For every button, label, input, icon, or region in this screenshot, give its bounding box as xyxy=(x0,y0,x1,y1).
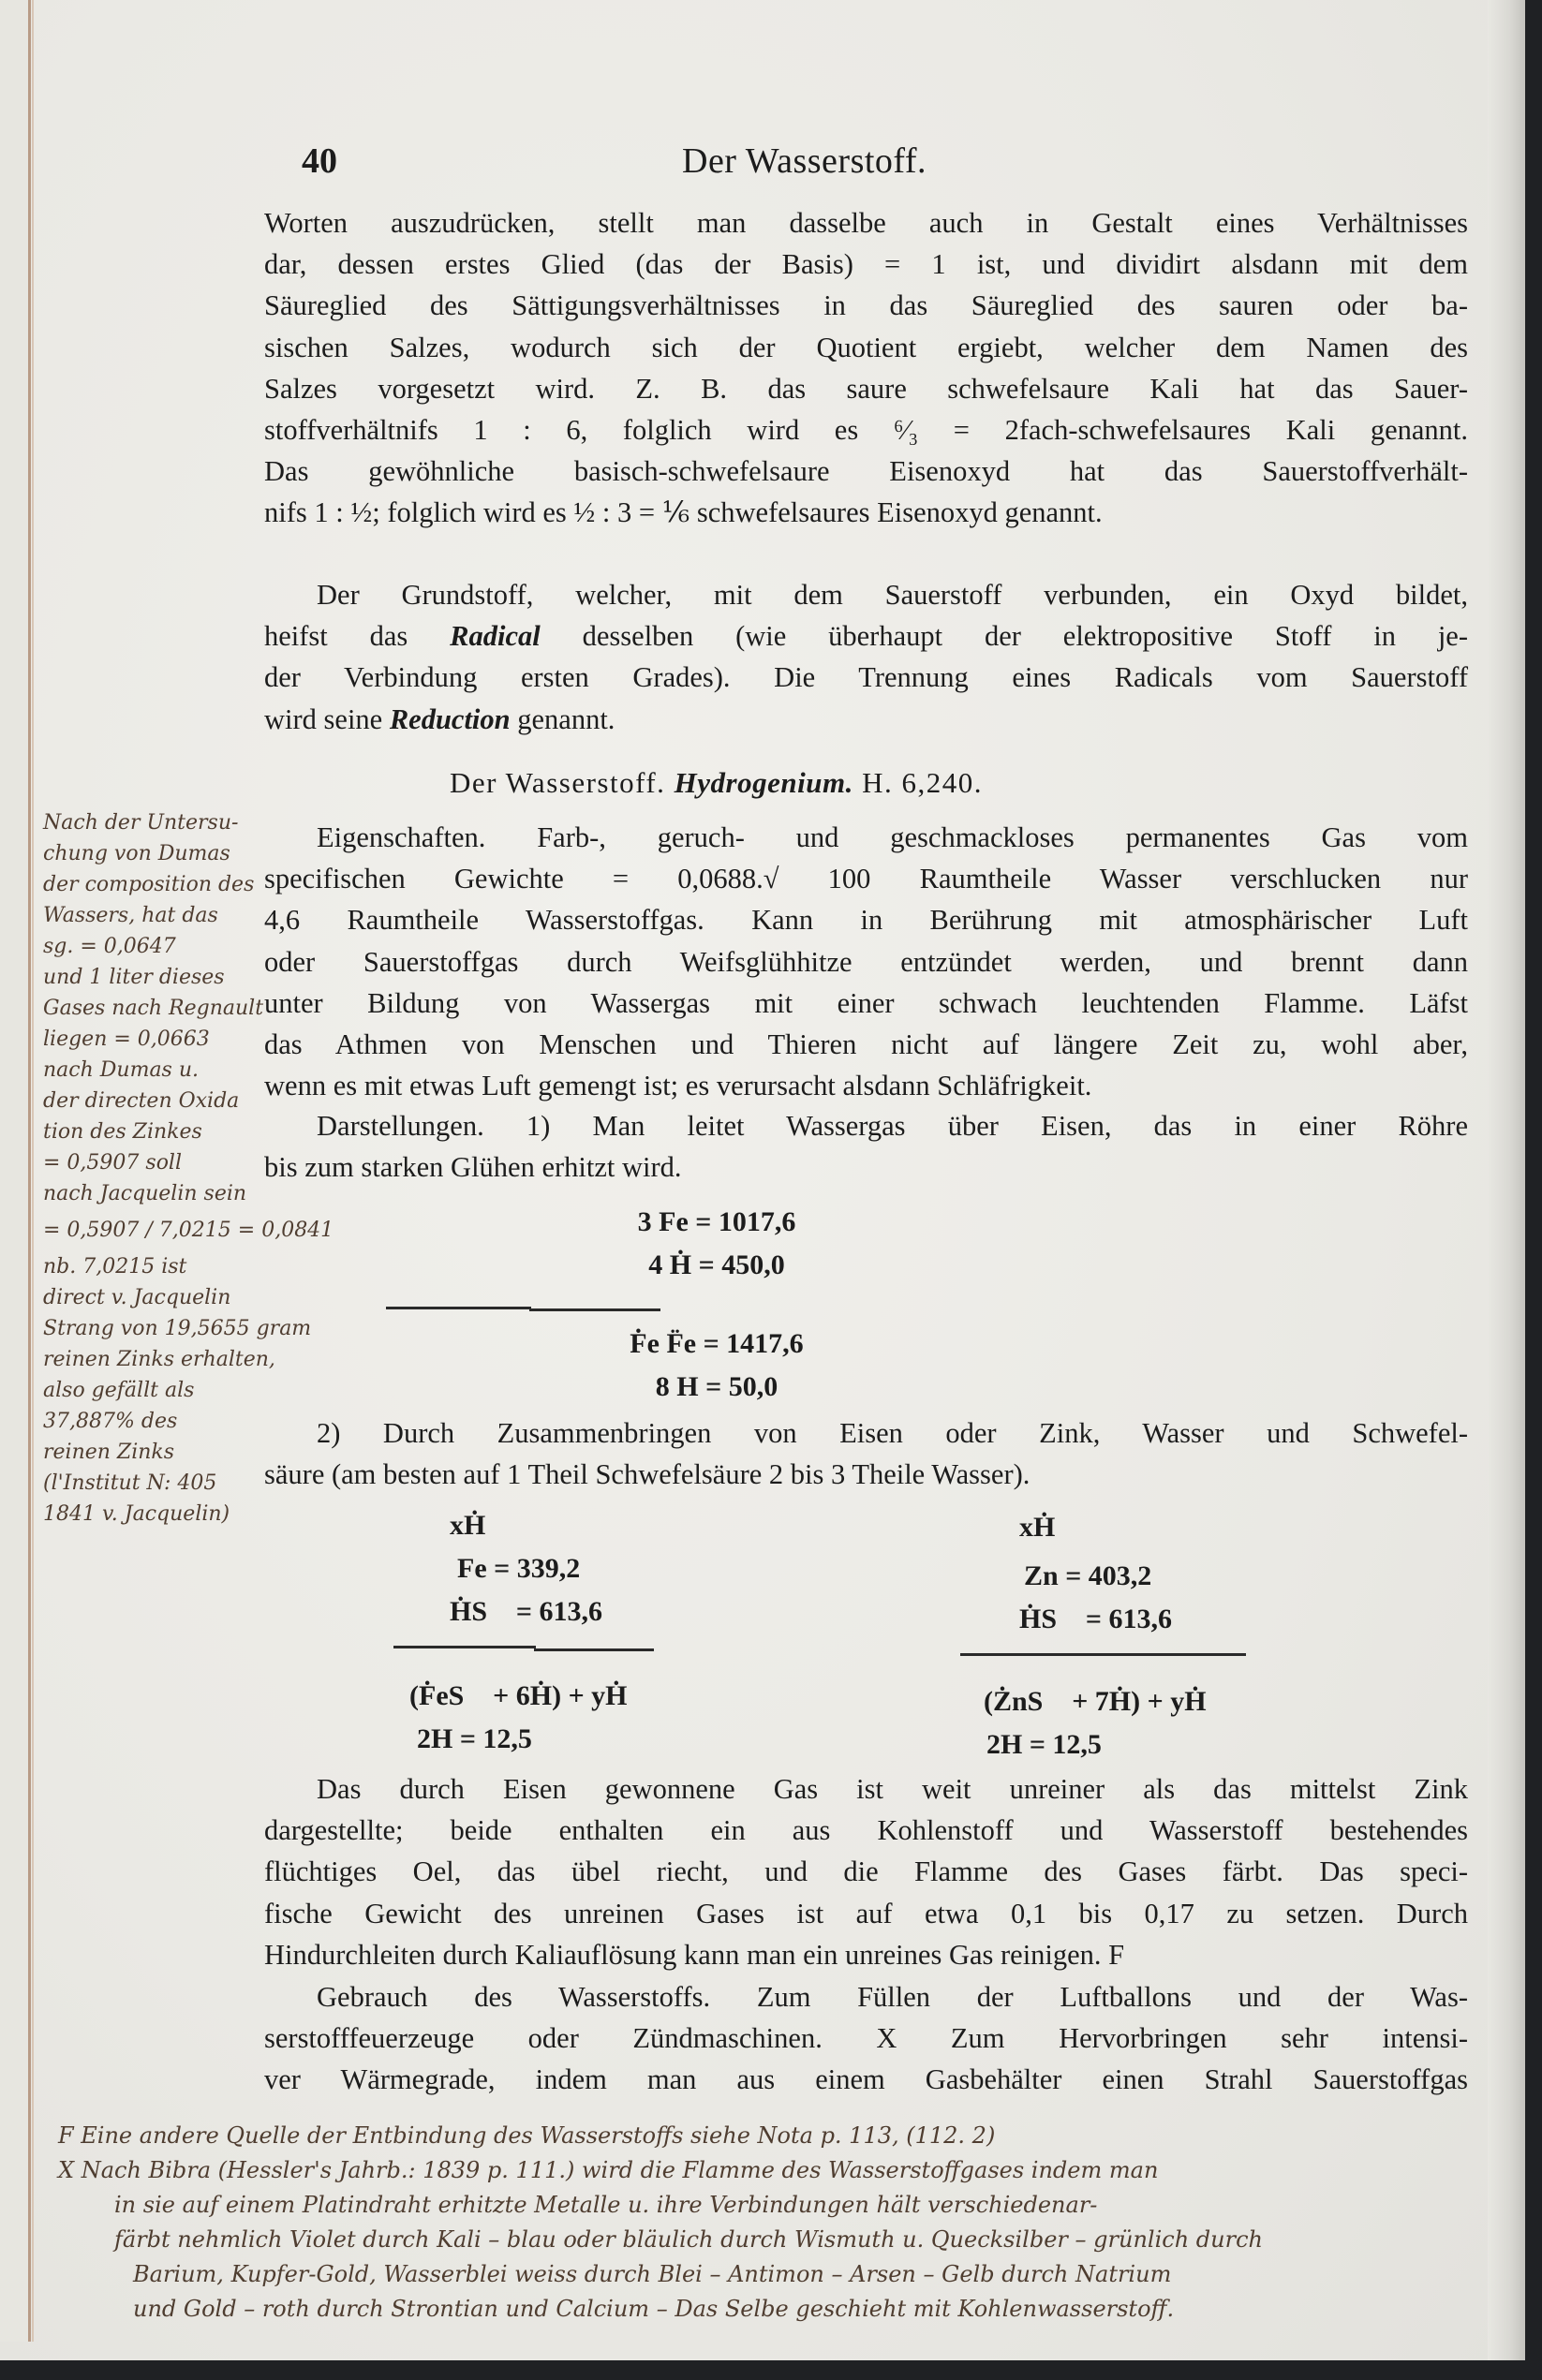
text-line: flüchtiges Oel, das übel riecht, und die… xyxy=(264,1851,1468,1892)
note-line: Gases nach Regnault xyxy=(43,993,334,1024)
text-line: Säureglied des Sättigungsverhältnisses i… xyxy=(264,285,1468,326)
zinc-gas-yield: 2H = 12,5 xyxy=(986,1729,1102,1761)
note-line: (l'Institut N: 405 xyxy=(43,1468,334,1499)
preparation-2-paragraph: 2) Durch Zusammenbringen von Eisen oder … xyxy=(264,1412,1468,1495)
text-line: stoffverhältnifs 1 : 6, folglich wird es… xyxy=(264,409,1468,451)
equation-lhs: 8 H xyxy=(656,1371,699,1402)
sum-rule xyxy=(960,1653,1246,1656)
text-span: heifst das xyxy=(264,620,450,652)
note-line: direct v. Jacquelin xyxy=(43,1282,334,1313)
text-span: desselben (wie überhaupt der elektroposi… xyxy=(541,620,1468,652)
note-line: nb. 7,0215 ist xyxy=(43,1251,334,1282)
note-line: = 0,5907 / 7,0215 = 0,0841 xyxy=(43,1215,334,1246)
text-line: Hindurchleiten durch Kaliauflösung kann … xyxy=(264,1934,1468,1975)
note-line: liegen = 0,0663 xyxy=(43,1024,334,1055)
page-number: 40 xyxy=(302,140,337,182)
text-line: bis zum starken Glühen erhitzt wird. xyxy=(264,1146,1468,1188)
note-line: reinen Zinks xyxy=(43,1437,334,1468)
note-line: färbt nehmlich Violet durch Kali – blau … xyxy=(58,2223,1263,2257)
text-line: Das durch Eisen gewonnene Gas ist weit u… xyxy=(264,1768,1468,1810)
term-radical: Radical xyxy=(450,620,541,652)
handwritten-margin-note: Nach der Untersu- chung von Dumas der co… xyxy=(43,807,334,1530)
text-line: Darstellungen. 1) Man leitet Wassergas ü… xyxy=(264,1105,1468,1146)
equation-rhs: = 50,0 xyxy=(705,1371,778,1402)
text-line: Salzes vorgesetzt wird. Z. B. das saure … xyxy=(264,368,1468,409)
sulfuric-acid-equation: ḢS⃛ = 613,6 xyxy=(450,1596,602,1628)
text-line: säure (am besten auf 1 Theil Schwefelsäu… xyxy=(264,1454,1468,1495)
note-line: nach Dumas u. xyxy=(43,1055,334,1086)
text-line: wird seine Reduction genannt. xyxy=(264,699,1468,740)
text-line: serstofffeuerzeuge oder Zündmaschinen. X… xyxy=(264,2018,1468,2059)
text-line: Der Grundstoff, welcher, mit dem Sauerst… xyxy=(264,574,1468,615)
equation-row: 3 Fe = 1017,6 xyxy=(412,1206,1021,1238)
note-line: und 1 liter dieses xyxy=(43,962,334,993)
text-span: wird seine xyxy=(264,703,390,735)
zinc-water-term: xḢ xyxy=(1019,1512,1055,1544)
text-line: sischen Salzes, wodurch sich der Quotien… xyxy=(264,327,1468,368)
intro-paragraph: Worten auszudrücken, stellt man dasselbe… xyxy=(264,202,1468,534)
text-line: oder Sauerstoffgas durch Weifsglühhitze … xyxy=(264,941,1468,983)
properties-paragraph: Eigenschaften. Farb-, geruch- und geschm… xyxy=(264,817,1468,1106)
iron-gas-yield: 2H = 12,5 xyxy=(417,1723,532,1755)
zinc-equation: Zn = 403,2 xyxy=(1024,1560,1151,1592)
note-line: sg. = 0,0647 xyxy=(43,931,334,962)
iron-equation: Fe = 339,2 xyxy=(457,1553,580,1585)
usage-paragraph: Gebrauch des Wasserstoffs. Zum Füllen de… xyxy=(264,1976,1468,2101)
text-line: Eigenschaften. Farb-, geruch- und geschm… xyxy=(264,817,1468,858)
note-line: der directen Oxida xyxy=(43,1086,334,1116)
equation-row: 4 Ḣ = 450,0 xyxy=(412,1249,1021,1281)
equation-row: 8 H = 50,0 xyxy=(412,1371,1021,1403)
sulfuric-acid-equation: ḢS⃛ = 613,6 xyxy=(1019,1604,1172,1635)
note-line: der composition des xyxy=(43,869,334,900)
text-line: heifst das Radical desselben (wie überha… xyxy=(264,615,1468,657)
radical-paragraph: Der Grundstoff, welcher, mit dem Sauerst… xyxy=(264,574,1468,740)
text-line: nifs 1 : ½; folglich wird es ½ : 3 = ⅙ s… xyxy=(264,492,1468,533)
equation-rhs: = 1417,6 xyxy=(704,1328,804,1359)
book-page: 40 Der Wasserstoff. Worten auszudrücken,… xyxy=(0,0,1525,2360)
equation-lhs: Ḟe F̈e xyxy=(630,1328,696,1359)
handwritten-footnotes: F Eine andere Quelle der Entbindung des … xyxy=(58,2119,1263,2327)
preparation-1-paragraph: Darstellungen. 1) Man leitet Wassergas ü… xyxy=(264,1105,1468,1188)
note-line: reinen Zinks erhalten, xyxy=(43,1344,334,1375)
text-line: 2) Durch Zusammenbringen von Eisen oder … xyxy=(264,1412,1468,1454)
note-line: Strang von 19,5655 gram xyxy=(43,1313,334,1344)
text-line: ver Wärmegrade, indem man aus einem Gasb… xyxy=(264,2059,1468,2100)
text-line: wenn es mit etwas Luft gemengt ist; es v… xyxy=(264,1065,1468,1106)
note-line: Nach der Untersu- xyxy=(43,807,334,838)
binding-edge xyxy=(0,0,31,2342)
note-line: chung von Dumas xyxy=(43,838,334,869)
equation-rhs: = 450,0 xyxy=(699,1249,785,1280)
iron-water-term: xḢ xyxy=(450,1510,485,1542)
note-line: X Nach Bibra (Hessler's Jahrb.: 1839 p. … xyxy=(58,2153,1263,2188)
text-span: genannt. xyxy=(511,703,615,735)
note-line: tion des Zinkes xyxy=(43,1116,334,1147)
text-line: Gebrauch des Wasserstoffs. Zum Füllen de… xyxy=(264,1976,1468,2018)
sum-rule xyxy=(386,1307,531,1309)
section-heading: Der Wasserstoff. Hydrogenium. H. 6,240. xyxy=(450,766,983,800)
zinc-result-formula: (ŻnS⃛ + 7Ḣ) + yḢ xyxy=(984,1686,1207,1718)
note-line: F Eine andere Quelle der Entbindung des … xyxy=(58,2119,1263,2153)
text-line: 4,6 Raumtheile Wasserstoffgas. Kann in B… xyxy=(264,899,1468,940)
element-latin-name: Hydrogenium. xyxy=(675,766,853,799)
note-line: 1841 v. Jacquelin) xyxy=(43,1499,334,1530)
sum-rule xyxy=(529,1308,660,1311)
element-symbol: H. xyxy=(862,766,893,799)
equation-lhs: 3 Fe xyxy=(638,1206,689,1237)
equation-row: Ḟe F̈e = 1417,6 xyxy=(412,1328,1021,1360)
sum-rule xyxy=(393,1646,536,1648)
note-line: also gefällt als xyxy=(43,1375,334,1406)
text-line: das Athmen von Menschen und Thieren nich… xyxy=(264,1024,1468,1065)
element-name: Der Wasserstoff. xyxy=(450,766,665,799)
text-line: Worten auszudrücken, stellt man dasselbe… xyxy=(264,202,1468,244)
text-line: Das gewöhnliche basisch-schwefelsaure Ei… xyxy=(264,451,1468,492)
text-line: specifischen Gewichte = 0,0688.√ 100 Rau… xyxy=(264,858,1468,899)
impurity-paragraph: Das durch Eisen gewonnene Gas ist weit u… xyxy=(264,1768,1468,1975)
note-line: 37,887% des xyxy=(43,1406,334,1437)
running-title: Der Wasserstoff. xyxy=(682,140,927,182)
note-line: nach Jacquelin sein xyxy=(43,1178,334,1209)
text-line: fische Gewicht des unreinen Gases ist au… xyxy=(264,1893,1468,1934)
sum-rule xyxy=(534,1648,654,1651)
term-reduction: Reduction xyxy=(390,703,511,735)
equation-lhs: 4 Ḣ xyxy=(648,1249,691,1280)
page-fold-edge xyxy=(1488,0,1525,2360)
text-line: unter Bildung von Wassergas mit einer sc… xyxy=(264,983,1468,1024)
text-line: der Verbindung ersten Grades). Die Trenn… xyxy=(264,657,1468,698)
iron-result-formula: (ḞeS⃛ + 6Ḣ) + yḢ xyxy=(409,1680,628,1712)
atomic-weight: 6,240. xyxy=(901,766,983,799)
text-line: dar, dessen erstes Glied (das der Basis)… xyxy=(264,244,1468,285)
text-line: dargestellte; beide enthalten ein aus Ko… xyxy=(264,1810,1468,1851)
note-line: Barium, Kupfer-Gold, Wasserblei weiss du… xyxy=(58,2257,1263,2292)
equation-rhs: = 1017,6 xyxy=(695,1206,795,1237)
note-line: in sie auf einem Platindraht erhitzte Me… xyxy=(58,2188,1263,2223)
note-line: Wassers, hat das xyxy=(43,900,334,931)
note-line: = 0,5907 soll xyxy=(43,1147,334,1178)
note-line: und Gold – roth durch Strontian und Calc… xyxy=(58,2292,1263,2327)
